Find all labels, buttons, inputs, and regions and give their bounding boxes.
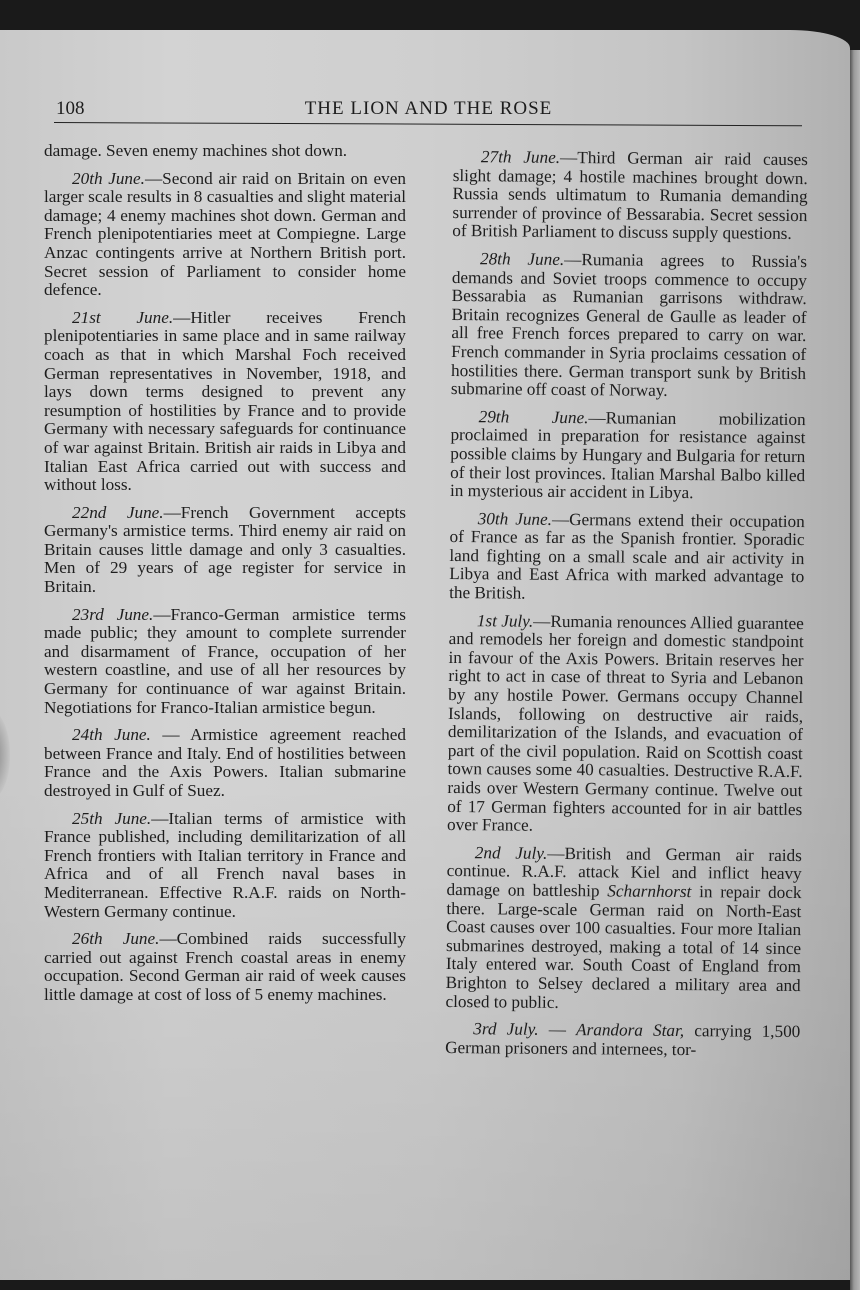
entry-date: 2nd July. — [475, 843, 548, 863]
continued-paragraph: damage. Seven enemy machines shot down. — [44, 142, 406, 161]
entry-24-june: 24th June. — Armistice agreement reached… — [44, 726, 406, 800]
entry-text: in repair dock there. Large-scale German… — [445, 882, 801, 1011]
entry-2-july: 2nd July.—British and German air raids c… — [445, 844, 801, 1014]
entry-date: 23rd June. — [72, 605, 153, 624]
entry-date: 27th June. — [481, 147, 560, 167]
entry-date: 21st June. — [72, 308, 173, 327]
entry-1-july: 1st July.—Rumania renounces Allied guara… — [447, 612, 804, 838]
entry-text: —Rumania agrees to Russia's demands and … — [451, 250, 807, 400]
entry-date: 1st July. — [477, 611, 534, 630]
entry-29-june: 29th June.—Rumanian mobilization proclai… — [450, 408, 806, 504]
entry-text: — — [539, 1020, 577, 1039]
right-column: 27th June.—Third German air raid causes … — [445, 148, 808, 1069]
header-rule — [54, 122, 802, 126]
entry-30-june: 30th June.—Germans extend their occupati… — [449, 510, 805, 606]
entry-27-june: 27th June.—Third German air raid causes … — [452, 148, 808, 244]
entry-date: 22nd June. — [72, 503, 164, 522]
entry-date: 3rd July. — [473, 1019, 539, 1039]
entry-date: 24th June. — [72, 725, 151, 744]
entry-22-june: 22nd June.—French Government accepts Ger… — [44, 504, 406, 597]
entry-date: 28th June. — [480, 249, 564, 269]
ship-name: Arandora Star, — [576, 1020, 684, 1040]
entry-23-june: 23rd June.—Franco-German armistice terms… — [44, 606, 406, 718]
entry-date: 30th June. — [478, 509, 552, 529]
ship-name: Scharnhorst — [607, 881, 691, 901]
entry-text: —Second air raid on Britain on even larg… — [44, 169, 406, 300]
page-edge — [850, 50, 860, 1290]
thumb-shadow — [0, 710, 10, 800]
entry-date: 20th June. — [72, 169, 145, 188]
entry-3-july: 3rd July. — Arandora Star, carrying 1,50… — [445, 1020, 800, 1060]
page-header: 108 THE LION AND THE ROSE — [56, 92, 801, 122]
entry-20-june: 20th June.—Second air raid on Britain on… — [44, 170, 406, 300]
entry-date: 29th June. — [479, 407, 589, 427]
entry-21-june: 21st June.—Hitler receives French plenip… — [44, 309, 406, 495]
entry-date: 26th June. — [72, 929, 159, 948]
entry-date: 25th June. — [72, 809, 151, 828]
entry-26-june: 26th June.—Combined raids successfully c… — [44, 930, 406, 1004]
entry-25-june: 25th June.—Italian terms of armistice wi… — [44, 810, 406, 922]
running-title: THE LION AND THE ROSE — [56, 98, 801, 120]
entry-28-june: 28th June.—Rumania agrees to Russia's de… — [451, 250, 807, 402]
entry-text: —Rumania renounces Allied guarantee and … — [447, 611, 804, 835]
left-column: damage. Seven enemy machines shot down. … — [44, 142, 406, 1014]
book-page: 108 THE LION AND THE ROSE damage. Seven … — [0, 30, 850, 1280]
entry-text: —Hitler receives French plenipotentiarie… — [44, 308, 406, 494]
